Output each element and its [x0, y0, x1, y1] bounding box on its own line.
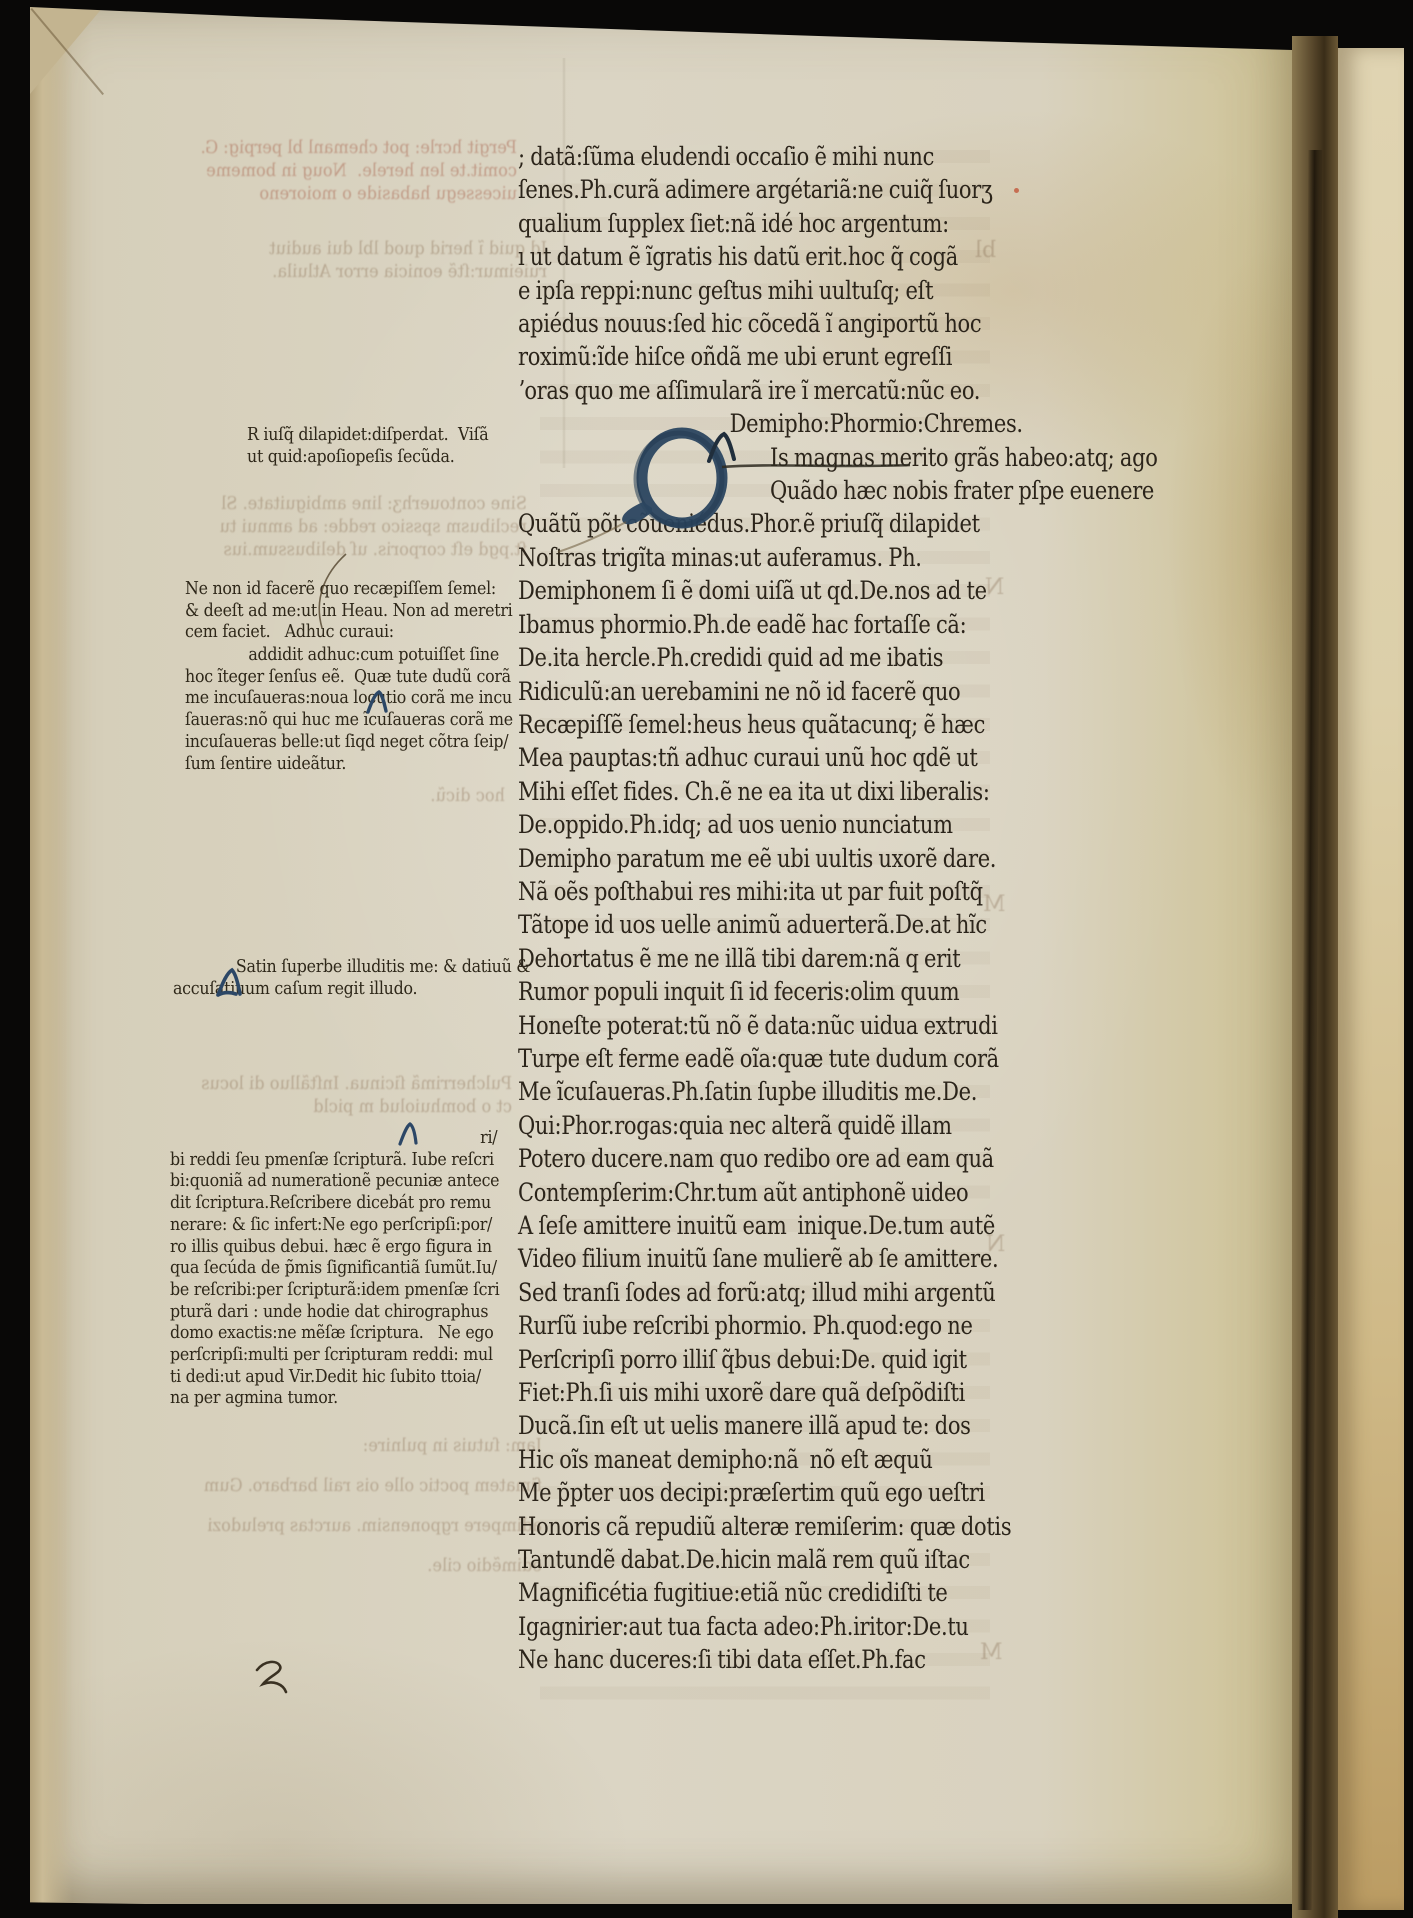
text-line: Rurſũ iube reſcribi phormio. Ph.quod:ego… — [518, 1309, 972, 1342]
pen-stroke — [312, 552, 356, 632]
text-line: Mihi eſſet fides. Ch.ẽ ne ea ita ut dixi… — [518, 775, 972, 808]
text-line: De.oppido.Ph.idq; ad uos uenio nunciatum — [518, 808, 972, 841]
text-line: & deeſt ad me:ut in Heau. Non ad meretri — [185, 600, 537, 622]
text-line: edimẽdio cile. — [218, 1546, 542, 1586]
text-line: Me ĩcuſaueras.Ph.ſatin ſupbe illuditis m… — [518, 1075, 972, 1108]
text-line: ſum ſentire uideãtur. — [185, 753, 537, 775]
text-line: bi reddi ſeu pmenſæ ſcripturã. Iube reſc… — [170, 1149, 522, 1171]
text-line: Perſcripſi porro illiſ q̃bus debui:De. q… — [518, 1343, 972, 1376]
text-line: bi:quoniã ad numerationẽ pecuniæ antece — [170, 1170, 522, 1192]
show-through-text: Iam: ſutuis in pulnire:ſimatem poctic ol… — [218, 1426, 542, 1586]
text-line: ruieimur:ſtẽ eonicia error Atluila. — [223, 260, 547, 283]
text-line: ſimatem poctic olle ois rail barbaro. Gu… — [218, 1466, 542, 1506]
text-line: Id quid ĩ herid quod lbl dui audiut — [223, 237, 547, 260]
text-line: Tantundẽ dabat.De.hicin malã rem quũ iſt… — [518, 1543, 972, 1576]
text-line: domo exactis:ne mẽſæ ſcriptura. Ne ego — [170, 1322, 522, 1344]
text-line: Potero ducere.nam quo redibo ore ad eam … — [518, 1142, 972, 1175]
text-line: na per agmina tumor. — [170, 1387, 522, 1409]
show-through-text: Sine contouerhʒ: line ambiguitate. Slrec… — [203, 492, 527, 561]
text-line: ro illis quibus debui. hæc ẽ ergo figura… — [170, 1236, 522, 1258]
text-line: me incuſaueras:noua locutio corã me incu — [185, 687, 537, 709]
text-line: ſt.pgd eſt corporis. uſ delibussum.ius — [203, 538, 527, 561]
text-line: hoc ĩteger ſenſus eẽ. Quæ tute dudũ corã — [185, 666, 537, 688]
text-line: nerare: & ſic infert:Ne ego perſcripſi:p… — [170, 1214, 522, 1236]
text-line: hoc dicũ. — [325, 784, 505, 807]
text-line: Fiet:Ph.ſi uis mihi uxorẽ dare quã deſpõ… — [518, 1376, 972, 1409]
text-line: Hic oĩs maneat demipho:nã nõ eſt æquũ — [518, 1443, 972, 1476]
text-line: Quãdo hæc nobis frater pſpe euenere — [770, 474, 972, 507]
text-line: addidit adhuc:cum potuiſſet ſine — [185, 644, 537, 666]
text-line: Pergit hcrle: pot chemanl bl perpig: G. — [193, 136, 517, 159]
scene-heading: Demipho:Phormio:Chremes. — [518, 407, 972, 440]
show-through-letter: bl — [975, 238, 996, 263]
text-line: Qui:Phor.rogas:quia nec alterã quidẽ ill… — [518, 1109, 972, 1142]
text-line: Turpe eſt ferme eadẽ oĩa:quæ tute dudum … — [518, 1042, 972, 1075]
text-line: Dehortatus ẽ me ne illã tibi darem:nã q … — [518, 942, 972, 975]
text-line: Honoris cã repudiũ alteræ remiſerim: quæ… — [518, 1510, 972, 1543]
text-line: adimpere rgponensim. aurctas preludozi — [218, 1506, 542, 1546]
show-through-letter: N — [985, 575, 1004, 600]
text-line: ʼoras quo me aſſimularã ire ĩ mercatũ:nũ… — [518, 374, 972, 407]
pen-squiggle — [253, 1658, 293, 1698]
ink-paragraph-mark — [398, 1122, 418, 1146]
text-line: cem faciet. Adhuc curaui: — [185, 621, 537, 643]
ink-paragraph-mark — [216, 968, 242, 998]
text-line: dit ſcriptura.Reſcribere dicebát pro rem… — [170, 1192, 522, 1214]
text-line: Ne hanc duceres:ſi tibi data eſſet.Ph.fa… — [518, 1643, 972, 1676]
text-line: incuſaueras belle:ut ſiqd neget cõtra ſe… — [185, 731, 537, 753]
text-line: Contempſerim:Chr.tum aũt antiphonẽ uideo — [518, 1176, 972, 1209]
initial-q-tail — [622, 502, 652, 524]
text-line: Pulcherrimã ſicinua. Inſtãlluo di locus — [188, 1072, 512, 1095]
text-line: ti dedi:ut apud Vir.Dedit hic ſubito tto… — [170, 1366, 522, 1388]
text-line: ı ut datum ẽ ĩgratis his datũ erit.hoc q… — [518, 240, 972, 273]
text-line: ; datã:ſũma eludendi occaſio ẽ mihi nunc — [518, 140, 972, 173]
text-line: e ipſa reppi:nunc geſtus mihi uultuſq; e… — [518, 274, 972, 307]
marginal-gloss-addidit: addidit adhuc:cum potuiſſet ſinehoc ĩteg… — [185, 644, 537, 774]
main-text-column: ; datã:ſũma eludendi occaſio ẽ mihi nunc… — [518, 140, 972, 1677]
show-through-letter: M — [980, 1640, 1003, 1665]
marginal-gloss-ne-non: Ne non id facerẽ quo recæpiſſem ſemel:& … — [185, 578, 537, 643]
text-line: Mea pauptas:tñ adhuc curaui unũ hoc qdẽ … — [518, 741, 972, 774]
text-line: Sine contouerhʒ: line ambiguitate. Sl — [203, 492, 527, 515]
text-line: Ducã.ſin eſt ut uelis manere illã apud t… — [518, 1409, 972, 1442]
text-line: Noſtras trigĩta minas:ut auferamus. Ph. — [518, 541, 972, 574]
text-line: Video filium inuitũ ſane mulierẽ ab ſe a… — [518, 1242, 972, 1275]
text-line: A ſeſe amittere inuitũ eam inique.De.tum… — [518, 1209, 972, 1242]
show-through-text: Id quid ĩ herid quod lbl dui audiutruiei… — [223, 237, 547, 283]
text-line: apiédus nouus:ſed hic cõcedã ĩ angiportũ… — [518, 307, 972, 340]
text-line: comit.te len herele. Noug in bomeme — [193, 159, 517, 182]
ink-paragraph-mark — [706, 432, 736, 464]
page-edge-layers — [30, 6, 72, 1918]
text-line: Me p̃pter uos decipi:præſertim quũ ego u… — [518, 1476, 972, 1509]
text-line: ct o bomhuiolud m picld — [188, 1095, 512, 1118]
ink-underline — [722, 462, 912, 470]
text-line: roximũ:ĩde hiſce oñdã me ubi erunt egreſ… — [518, 340, 972, 373]
text-line: be reſcribi:per ſcripturã:idem pmenſæ ſc… — [170, 1279, 522, 1301]
text-line: ſaueras:nõ qui huc me ĩcuſaueras corã me — [185, 709, 537, 731]
text-line: Honeſte poterat:tũ nõ ẽ data:nũc uidua e… — [518, 1009, 972, 1042]
text-line: Demipho paratum me eẽ ubi uultis uxorẽ d… — [518, 842, 972, 875]
text-line: Sed tranſi ſodes ad forũ:atq; illud mihi… — [518, 1276, 972, 1309]
facing-page-edge — [1338, 48, 1404, 1910]
verse-paragraph: ; datã:ſũma eludendi occaſio ẽ mihi nunc… — [518, 140, 972, 407]
text-line: ri/ — [170, 1127, 522, 1149]
text-line: reclibusm spssico redde: ad amnui tu — [203, 515, 527, 538]
ink-paragraph-mark — [366, 690, 388, 714]
text-line: qua ſecúda de p̃mis ſignificantiã ſumũt.… — [170, 1257, 522, 1279]
show-through-text: hoc dicũ. — [325, 784, 505, 807]
text-line: Nã oẽs poſthabui res mihi:ita ut par fui… — [518, 875, 972, 908]
text-line: uicessegu habaside o moioreno — [193, 182, 517, 205]
text-line: De.ita hercle.Ph.credidi quid ad me ibat… — [518, 641, 972, 674]
text-line: ſenes.Ph.curã adimere argétariã:ne cuiq̃… — [518, 173, 972, 206]
text-line: Igagnirier:aut tua facta adeo:Ph.iritor:… — [518, 1610, 972, 1643]
show-through-text: Pergit hcrle: pot chemanl bl perpig: G.c… — [193, 136, 517, 205]
text-line: Ridiculũ:an uerebamini ne nõ id facerẽ q… — [518, 675, 972, 708]
text-line: Magnificétia fugitiue:etiã nũc credidiſt… — [518, 1576, 972, 1609]
text-line: Quãtũ põt cõueniédus.Phor.ẽ priuſq̃ dila… — [518, 507, 972, 540]
photo-background-right — [1404, 0, 1413, 1918]
verse-paragraph: Quãtũ põt cõueniédus.Phor.ẽ priuſq̃ dila… — [518, 507, 972, 1676]
marginal-gloss-iube-rescribi: ri/bi reddi ſeu pmenſæ ſcripturã. Iube r… — [170, 1127, 522, 1409]
text-line: pturã dari : unde hodie dat chirographus — [170, 1301, 522, 1323]
text-line: Rumor populi inquit ſi id feceris:olim q… — [518, 975, 972, 1008]
text-line: Demiphonem ſi ẽ domi uiſã ut qd.De.nos a… — [518, 574, 972, 607]
text-line: Iam: ſutuis in pulnire: — [218, 1426, 542, 1466]
red-ink-speck — [1014, 188, 1019, 193]
text-line: Recæpiſſẽ ſemel:heus heus quãtacunq; ẽ h… — [518, 708, 972, 741]
text-line: qualium ſupplex ſiet:nã idé hoc argentum… — [518, 207, 972, 240]
text-line: Tãtope id uos uelle animũ aduerterã.De.a… — [518, 908, 972, 941]
show-through-text: Pulcherrimã ſicinua. Inſtãlluo di locusc… — [188, 1072, 512, 1118]
text-line: Ne non id facerẽ quo recæpiſſem ſemel: — [185, 578, 537, 600]
text-line: Ibamus phormio.Ph.de eadẽ hac fortaſſe c… — [518, 608, 972, 641]
verse-paragraph-dropcap-indent: Is magnas merito grãs habeo:atq; agoQuãd… — [518, 441, 972, 508]
text-line: perſcripſi:multi per ſcripturam reddi: m… — [170, 1344, 522, 1366]
